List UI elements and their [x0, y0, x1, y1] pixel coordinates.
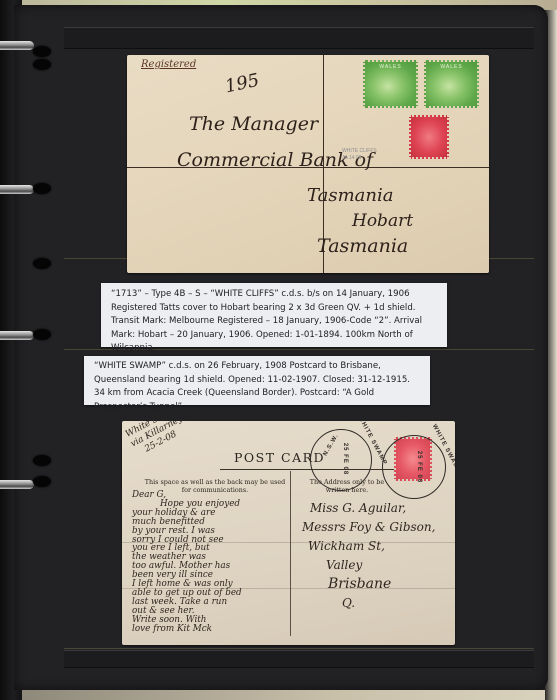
- caption-white-cliffs: “1713” – Type 4B – S – “WHITE CLIFFS” c.…: [101, 283, 447, 347]
- stamp-3d-green-qv[interactable]: WALES: [363, 60, 418, 108]
- postmark-date: 25 FE 08: [416, 451, 422, 483]
- stamp-3d-green-qv[interactable]: WALES: [424, 60, 479, 108]
- pencil-note-line: JA 14 06: [342, 155, 377, 162]
- pencil-note: WHITE CLIFFS JA 14 06: [342, 148, 377, 162]
- stamp-1d-shield[interactable]: [409, 115, 449, 159]
- address-line: Miss G. Aguilar,: [302, 499, 435, 518]
- stamp-inscription: WALES: [365, 64, 416, 70]
- postcard[interactable]: White Swamp via Killarney 25-2-08 POST C…: [122, 421, 455, 645]
- punch-hole: [33, 46, 51, 57]
- punch-hole: [33, 476, 51, 487]
- binder-ring: [0, 41, 34, 50]
- background-surface-bottom: [0, 690, 557, 700]
- address-line: Valley: [302, 556, 435, 575]
- address-line: Tasmania: [317, 235, 408, 257]
- postmark-date: 25 FE 08: [342, 443, 348, 475]
- registered-cover[interactable]: Registered 195 The Manager Commercial Ba…: [127, 55, 489, 273]
- stock-strip: [64, 27, 534, 49]
- punch-hole: [33, 258, 51, 269]
- binder-ring: [0, 331, 34, 340]
- registration-number: 195: [223, 70, 261, 98]
- address-line: Hobart: [352, 211, 413, 231]
- punch-hole: [33, 183, 51, 194]
- handwritten-message: Dear G, Hope you enjoyed your holiday & …: [132, 491, 292, 634]
- address-line: Tasmania: [307, 185, 393, 206]
- stamp-inscription: WALES: [426, 64, 477, 70]
- pencil-note-line: WHITE CLIFFS: [342, 148, 377, 155]
- binder-ring: [0, 480, 34, 489]
- postmark-white-swamp: WHITE SWAMP N.S.W. 25 FE 08: [310, 429, 372, 491]
- punch-hole: [33, 329, 51, 340]
- strip-edge: [64, 648, 534, 649]
- binder-ring: [0, 185, 34, 194]
- postmark-town: WHITE SWAMP: [431, 423, 455, 474]
- address-line: Q.: [302, 594, 435, 613]
- postmark-on-stamp: WHITE SWAMP 25 FE 08: [382, 435, 446, 499]
- handwritten-address: Miss G. Aguilar, Messrs Foy & Gibson, Wi…: [302, 499, 435, 613]
- address-line: The Manager: [189, 113, 318, 135]
- punch-hole: [33, 455, 51, 466]
- stock-strip: [64, 650, 534, 668]
- message-line: love from Kit Mck: [132, 625, 292, 634]
- caption-white-swamp: “WHITE SWAMP” c.d.s. on 26 February, 190…: [84, 356, 430, 405]
- punch-hole: [33, 59, 51, 70]
- corner-note: White Swamp via Killarney 25-2-08: [124, 421, 195, 460]
- address-line: Brisbane: [302, 575, 435, 594]
- postmark-state: N.S.W.: [323, 433, 341, 457]
- address-line: Wickham St,: [302, 537, 435, 556]
- address-line: Messrs Foy & Gibson,: [302, 518, 435, 537]
- registered-note: Registered: [141, 59, 196, 70]
